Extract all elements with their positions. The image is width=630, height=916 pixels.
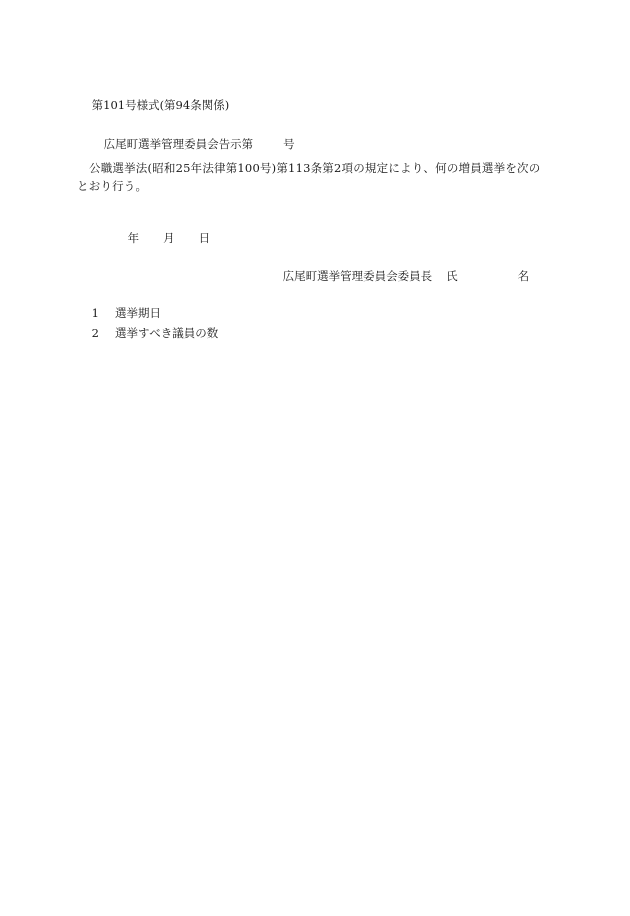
list-item: 2選挙すべき議員の数 <box>77 312 218 354</box>
date-year-label: 年 <box>128 231 140 245</box>
form-number: 第101号様式(第94条関係) <box>77 84 229 126</box>
notice-title-suffix: 号 <box>283 137 295 151</box>
signature-name-label-2: 名 <box>518 269 530 283</box>
signature-name-label-1: 氏 <box>446 269 458 283</box>
list-item-number: 2 <box>92 326 99 340</box>
signature-line: 広尾町選挙管理委員会委員長氏名 <box>268 255 529 297</box>
date-month-label: 月 <box>163 231 175 245</box>
date-day-label: 日 <box>199 231 211 245</box>
date-line: 年月日 <box>113 217 210 259</box>
notice-title-prefix: 広尾町選挙管理委員会告示第 <box>104 137 254 151</box>
list-item-label: 選挙すべき議員の数 <box>115 326 218 340</box>
form-number-text: 第101号様式(第94条関係) <box>92 98 230 112</box>
notice-body: 公職選挙法(昭和25年法律第100号)第113条第2項の規定により、何の増員選挙… <box>77 159 547 195</box>
signature-title: 広尾町選挙管理委員会委員長 <box>283 269 433 283</box>
